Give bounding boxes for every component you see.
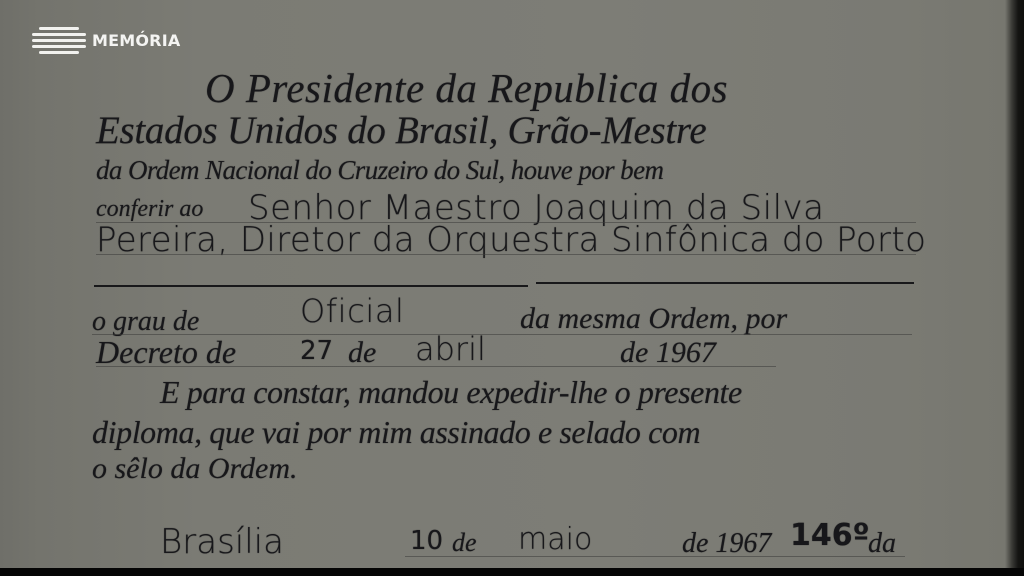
channel-name: MEMÓRIA [92,31,180,50]
decree-day: 27 [300,336,333,366]
grade-value: Oficial [300,292,405,330]
issue-month: maio [518,522,592,557]
anniversary-number: 146º [790,518,870,553]
fill-line [96,366,776,367]
letterbox-bar [0,568,1024,576]
separator-rule-right [536,282,914,284]
diploma-line-8: E para constar, mandou expedir-lhe o pre… [160,374,742,411]
diploma-line-3: da Ordem Nacional do Cruzeiro do Sul, ho… [96,155,663,186]
diploma-line-10: o sêlo da Ordem. [92,452,298,486]
decree-month: abril [415,330,486,368]
stripes-logo-icon [32,27,86,53]
diploma-line-9: diploma, que vai por mim assinado e sela… [92,414,700,451]
video-frame: MEMÓRIA O Presidente da Republica dos Es… [0,0,1024,576]
grade-suffix: da mesma Ordem, por [520,302,787,336]
diploma-line-4-prefix: conferir ao [96,196,203,223]
issue-place: Brasília [160,522,284,562]
decree-de: de [348,336,376,370]
issue-de: de [452,528,477,558]
fill-line [96,254,916,255]
diploma-line-2: Estados Unidos do Brasil, Grão-Mestre [96,108,706,153]
diploma-line-1: O Presidente da Republica dos [205,64,728,112]
channel-logo: MEMÓRIA [32,27,180,53]
decree-year: de 1967 [620,336,716,370]
fill-line [405,556,905,557]
issue-day: 10 [410,526,443,556]
separator-rule-left [94,285,528,287]
